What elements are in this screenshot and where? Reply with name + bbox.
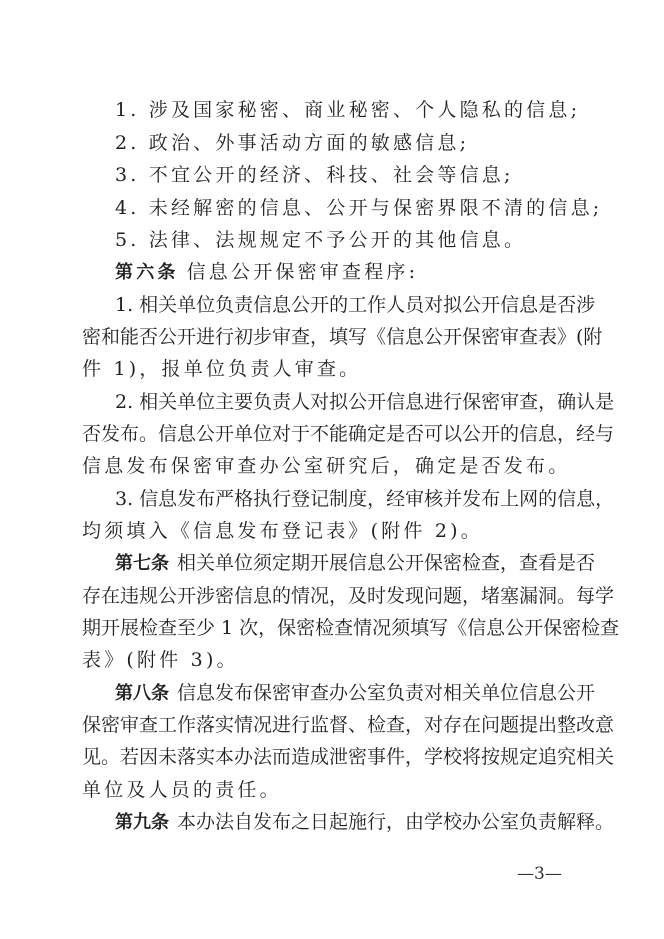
line-text: 信息公开保密审查程序: [187, 261, 419, 283]
line-text: 5. 法律、法规规定不予公开的其他信息。 [115, 229, 526, 251]
list-item-5: 5. 法律、法规规定不予公开的其他信息。 [115, 227, 583, 253]
line-text: 1. 相关单位负责信息公开的工作人员对拟公开信息是否涉 [115, 294, 595, 316]
line-text: 保密审查工作落实情况进行监督、检查，对存在问题提出整改意 [82, 714, 614, 736]
paragraph-line: 期开展检查至少 1 次，保密检查情况须填写《信息公开保密检查 [82, 615, 583, 641]
article-label: 第九条 [115, 812, 169, 833]
article-label: 第七条 [115, 553, 169, 574]
line-text: 表》(附件 3)。 [82, 649, 239, 671]
line-text: 信息发布保密审查办公室研究后，确定是否发布。 [82, 455, 570, 477]
line-text: 3. 不宜公开的经济、科技、社会等信息; [115, 164, 514, 186]
list-item-3: 3. 不宜公开的经济、科技、社会等信息; [115, 162, 583, 188]
paragraph-line: 密和能否公开进行初步审查，填写《信息公开保密审查表》(附 [82, 324, 583, 350]
article-7-heading: 第七条相关单位须定期开展信息公开保密检查，查看是否 [115, 550, 583, 576]
article-label: 第八条 [115, 683, 169, 704]
paragraph-line: 保密审查工作落实情况进行监督、检查，对存在问题提出整改意 [82, 712, 583, 738]
paragraph-line: 3. 信息发布严格执行登记制度，经审核并发布上网的信息， [115, 486, 583, 512]
line-text: 否发布。信息公开单位对于不能确定是否可以公开的信息，经与 [82, 423, 614, 445]
list-item-1: 1. 涉及国家秘密、商业秘密、个人隐私的信息; [115, 97, 583, 123]
line-text: 期开展检查至少 1 次，保密检查情况须填写《信息公开保密检查 [82, 617, 619, 639]
line-text: 相关单位须定期开展信息公开保密检查，查看是否 [177, 552, 595, 574]
paragraph-line: 存在违规公开涉密信息的情况，及时发现问题，堵塞漏洞。每学 [82, 583, 583, 609]
line-text: 1. 涉及国家秘密、商业秘密、个人隐私的信息; [115, 99, 580, 121]
line-text: 存在违规公开涉密信息的情况，及时发现问题，堵塞漏洞。每学 [82, 585, 614, 607]
line-text: 信息发布保密审查办公室负责对相关单位信息公开 [177, 682, 595, 704]
paragraph-line: 信息发布保密审查办公室研究后，确定是否发布。 [82, 453, 583, 479]
line-text: 见。若因未落实本办法而造成泄密事件，学校将按规定追究相关 [82, 746, 614, 768]
paragraph-line: 1. 相关单位负责信息公开的工作人员对拟公开信息是否涉 [115, 292, 583, 318]
list-item-4: 4. 未经解密的信息、公开与保密界限不清的信息; [115, 195, 583, 221]
paragraph-line: 否发布。信息公开单位对于不能确定是否可以公开的信息，经与 [82, 421, 583, 447]
line-text: 2. 政治、外事活动方面的敏感信息; [115, 132, 469, 154]
line-text: 2. 相关单位主要负责人对拟公开信息进行保密审查，确认是 [115, 391, 614, 413]
document-page: 1. 涉及国家秘密、商业秘密、个人隐私的信息; 2. 政治、外事活动方面的敏感信… [0, 0, 664, 939]
line-text: 件 1)，报单位负责人审查。 [82, 358, 361, 380]
line-text: 密和能否公开进行初步审查，填写《信息公开保密审查表》(附 [82, 326, 602, 348]
list-item-2: 2. 政治、外事活动方面的敏感信息; [115, 130, 583, 156]
page-number: —3— [517, 864, 562, 884]
paragraph-line: 单位及人员的责任。 [82, 777, 583, 803]
article-6-heading: 第六条信息公开保密审查程序: [115, 259, 583, 285]
article-9-heading: 第九条本办法自发布之日起施行，由学校办公室负责解释。 [115, 809, 583, 835]
paragraph-line: 见。若因未落实本办法而造成泄密事件，学校将按规定追究相关 [82, 744, 583, 770]
line-text: 4. 未经解密的信息、公开与保密界限不清的信息; [115, 197, 602, 219]
article-label: 第六条 [115, 262, 179, 283]
paragraph-line: 表》(附件 3)。 [82, 647, 583, 673]
article-8-heading: 第八条信息发布保密审查办公室负责对相关单位信息公开 [115, 680, 583, 706]
paragraph-line: 2. 相关单位主要负责人对拟公开信息进行保密审查，确认是 [115, 389, 583, 415]
line-text: 本办法自发布之日起施行，由学校办公室负责解释。 [177, 811, 614, 833]
line-text: 均须填入《信息发布登记表》(附件 2)。 [82, 520, 483, 542]
line-text: 3. 信息发布严格执行登记制度，经审核并发布上网的信息， [115, 488, 614, 510]
paragraph-line: 均须填入《信息发布登记表》(附件 2)。 [82, 518, 583, 544]
paragraph-line: 件 1)，报单位负责人审查。 [82, 356, 583, 382]
line-text: 单位及人员的责任。 [82, 779, 282, 801]
